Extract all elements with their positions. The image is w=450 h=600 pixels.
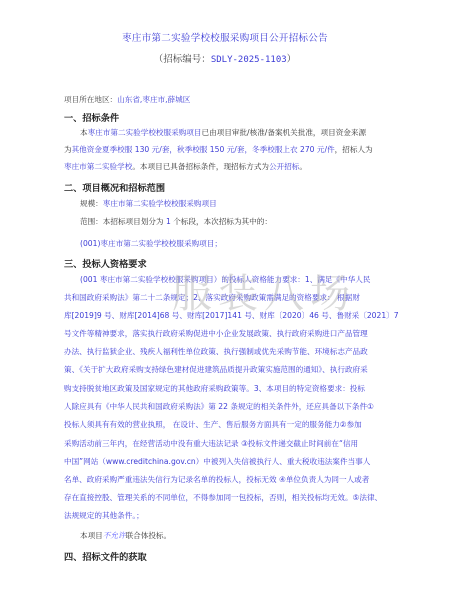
consortium-line: 本项目不允许联合体投标。 xyxy=(80,530,426,541)
text: 联合体投标。 xyxy=(126,531,172,540)
qualification-line: 采购活动前三年内，在经营活动中没有重大违法记录 ③投标文件递交截止时间前在“信用 xyxy=(64,438,410,449)
section-heading-1: 一、招标条件 xyxy=(64,110,119,124)
document-subtitle: （招标编号：SDLY-2025-1103） xyxy=(0,51,450,65)
qualification-line: 办法、执行监狱企业、残疾人福利性单位政策、执行强制或优先采购节能、环境标志产品政 xyxy=(64,346,410,357)
scale-label: 规模： xyxy=(80,199,103,208)
location-label: 项目所在地区： xyxy=(64,95,117,104)
funding-source: 其他资金夏季校服 130 元/套，秋季校服 150 元/套，冬季校服上衣 270… xyxy=(72,145,335,154)
qualification-line: 名单、政府采购严重违法失信行为记录名单的投标人，投标无效 ④单位负责人为同一人或… xyxy=(64,474,410,485)
range-line: 范围：本招标项目划分为 1 个标段，本次招标为其中的： xyxy=(80,216,426,227)
project-location: 项目所在地区：山东省,枣庄市,薛城区 xyxy=(64,94,410,105)
qualification-line: 库[2019]9 号、财库[2014]68 号、财库[2017]141 号、财库… xyxy=(64,310,410,321)
text: 。本项目已具备招标条件，现招标方式为 xyxy=(132,162,269,171)
qualification-line: 共和国政府采购法》第二十二条规定；2、落实政府采购政策需满足的资格要求： 根据财 xyxy=(64,292,410,303)
consortium-value: 不允许 xyxy=(103,531,126,540)
qualification-line: 法规规定的其他条件。； xyxy=(64,510,410,521)
section-1-line-2: 为其他资金夏季校服 130 元/套，秋季校服 150 元/套，冬季校服上衣 27… xyxy=(64,144,410,155)
scale-value: 枣庄市第二实验学校校服采购项目 xyxy=(103,199,217,208)
text: 个标段，本次招标为其中的： xyxy=(171,217,272,226)
text: 本 xyxy=(80,128,88,137)
qualification-line: 策、《关于扩大政府采购支持绿色建材促进建筑品质提升政策实施范围的通知》、执行政府… xyxy=(64,364,410,375)
section-heading-3: 三、投标人资格要求 xyxy=(64,256,147,270)
tender-announcement-page: 枣庄市第二实验学校校服采购项目公开招标公告 （招标编号：SDLY-2025-11… xyxy=(0,0,450,600)
section-heading-4: 四、招标文件的获取 xyxy=(64,549,147,563)
tenderer-name: 枣庄市第二实验学校 xyxy=(64,162,132,171)
qualification-line: 投标人须具有有效的营业执照， 在设计、生产、售后服务方面具有一定的服务能力②参加 xyxy=(64,419,410,430)
qualification-line: 购支持脱贫地区政策及国家规定的其他政府采购政策等。3、本项目的特定资格要求：投标 xyxy=(64,383,410,394)
text: 已由项目审批/核准/备案机关批准，项目资金来源 xyxy=(202,128,367,137)
tender-method: 公开招标 xyxy=(269,162,299,171)
qualification-line: (001 枣庄市第二实验学校校服采购项目）的投标人资格能力要求：1、满足《中华人… xyxy=(80,274,426,285)
tender-code: SDLY-2025-1103 xyxy=(211,55,287,65)
section-1-line-3: 枣庄市第二实验学校。本项目已具备招标条件，现招标方式为公开招标。 xyxy=(64,161,410,172)
text: 为 xyxy=(64,145,72,154)
section-1-line-1: 本枣庄市第二实验学校校服采购项目已由项目审批/核准/备案机关批准，项目资金来源 xyxy=(80,127,426,138)
project-name-link: 枣庄市第二实验学校校服采购项目 xyxy=(88,128,202,137)
qualification-line: 存在直接控股、管理关系的不同单位，不得参加同一包投标，否则，相关投标均无效。⑤法… xyxy=(64,492,410,503)
location-value: 山东省,枣庄市,薛城区 xyxy=(117,95,190,104)
text: ，招标人为 xyxy=(335,145,373,154)
scale-line: 规模：枣庄市第二实验学校校服采购项目 xyxy=(80,198,426,209)
text: 。 xyxy=(299,162,307,171)
section-heading-2: 二、项目概况和招标范围 xyxy=(64,180,165,194)
lot-item: (001)枣庄市第二实验学校校服采购项目； xyxy=(80,238,426,249)
qualification-line: 中国”网站（www.creditchina.gov.cn）中被列入失信被执行人、… xyxy=(64,456,410,467)
text: 范围：本招标项目划分为 xyxy=(80,217,166,226)
qualification-line: 人除应具有《中华人民共和国政府采购法》第 22 条规定的相关条件外，还应具备以下… xyxy=(64,401,410,412)
tender-code-label: （招标编号： xyxy=(154,54,211,65)
document-title: 枣庄市第二实验学校校服采购项目公开招标公告 xyxy=(0,30,450,44)
tender-code-close: ） xyxy=(287,54,297,65)
text: 本项目 xyxy=(80,531,103,540)
qualification-line: 号文件等精神要求，落实执行政府采购促进中小企业发展政策、执行政府采购进口产品管理 xyxy=(64,328,410,339)
